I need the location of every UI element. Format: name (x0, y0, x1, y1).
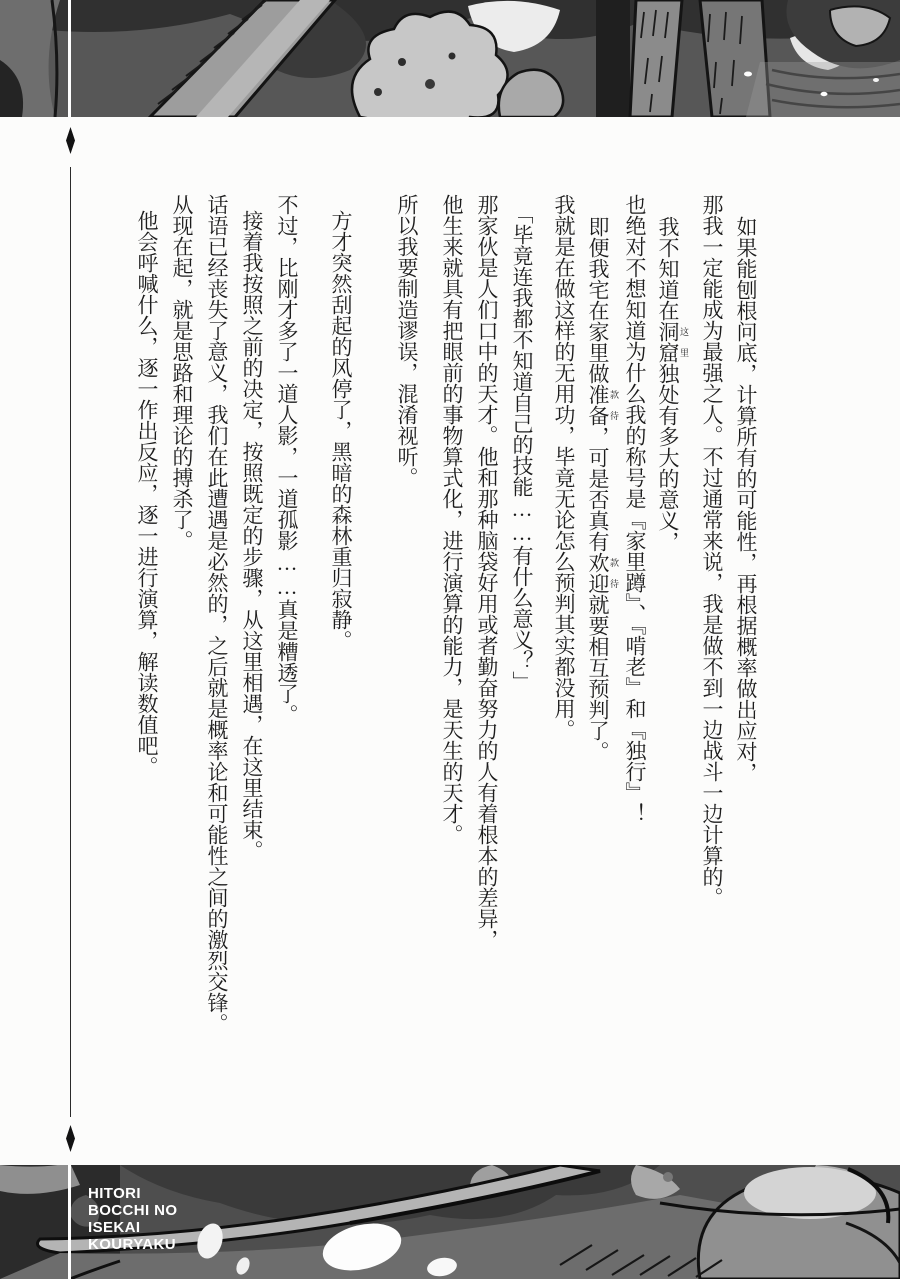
text-column-5: 即便我宅在家里做准备款待，可是否真有欢迎款待就要相互预判了。 (586, 216, 619, 762)
text-column-13: 接着我按照之前的决定，按照既定的步骤，从这里相遇，在这里结束。 (240, 210, 263, 861)
text-column-16: 他会呼喊什么，逐一作出反应，逐一进行演算，解读数值吧。 (135, 210, 158, 777)
series-title: HITORI BOCCHI NO ISEKAI KOURYAKU (88, 1185, 177, 1253)
text-column-12: 不过，比刚才多了一道人影，一道孤影……真是糟透了。 (275, 194, 298, 725)
ruby-annotated-word: 洞窟这里 (656, 321, 680, 363)
text-column-3: 我不知道在洞窟这里独处有多大的意义， (656, 216, 689, 552)
series-title-line: KOURYAKU (88, 1236, 177, 1253)
book-page: 如果能刨根问底，计算所有的可能性，再根据概率做出应对，那我一定能成为最强之人。不… (0, 0, 900, 1279)
series-title-line: HITORI (88, 1185, 177, 1202)
text-column-15: 从现在起，就是思路和理论的搏杀了。 (170, 194, 193, 551)
series-title-line: BOCCHI NO (88, 1202, 177, 1219)
ruby-annotated-word: 欢迎款待 (586, 552, 610, 594)
text-column-8: 那家伙是人们口中的天才。他和那种脑袋好用或者勤奋努力的人有着根本的差异， (475, 194, 498, 950)
bottom-artwork-banner: HITORI BOCCHI NO ISEKAI KOURYAKU (0, 1165, 900, 1279)
text-column-6: 我就是在做这样的无用功，毕竟无论怎么预判其实都没用。 (552, 194, 575, 740)
series-title-line: ISEKAI (88, 1219, 177, 1236)
body-text: 如果能刨根问底，计算所有的可能性，再根据概率做出应对，那我一定能成为最强之人。不… (0, 0, 900, 1279)
text-column-2: 那我一定能成为最强之人。不过通常来说，我是做不到一边战斗一边计算的。 (700, 194, 723, 908)
ruby-annotated-word: 准备款待 (586, 384, 610, 426)
text-column-1: 如果能刨根问底，计算所有的可能性，再根据概率做出应对， (734, 216, 757, 783)
text-column-9: 他生来就具有把眼前的事物算式化，进行演算的能力，是天生的天才。 (440, 194, 463, 845)
text-column-7: 「毕竟连我都不知道自己的技能……有什么意义？」 (510, 203, 533, 692)
text-column-10: 所以我要制造谬误，混淆视听。 (395, 194, 418, 488)
text-column-14: 话语已经丧失了意义，我们在此遭遇是必然的，之后就是概率论和可能性之间的激烈交锋。 (205, 194, 228, 1034)
banner-divider-line (68, 1165, 71, 1279)
text-column-11: 方才突然刮起的风停了，黑暗的森林重归寂静。 (329, 210, 352, 651)
text-column-4: 也绝对不想知道为什么我的称号是『家里蹲』、『啃老』和『独行』！ (623, 194, 646, 824)
